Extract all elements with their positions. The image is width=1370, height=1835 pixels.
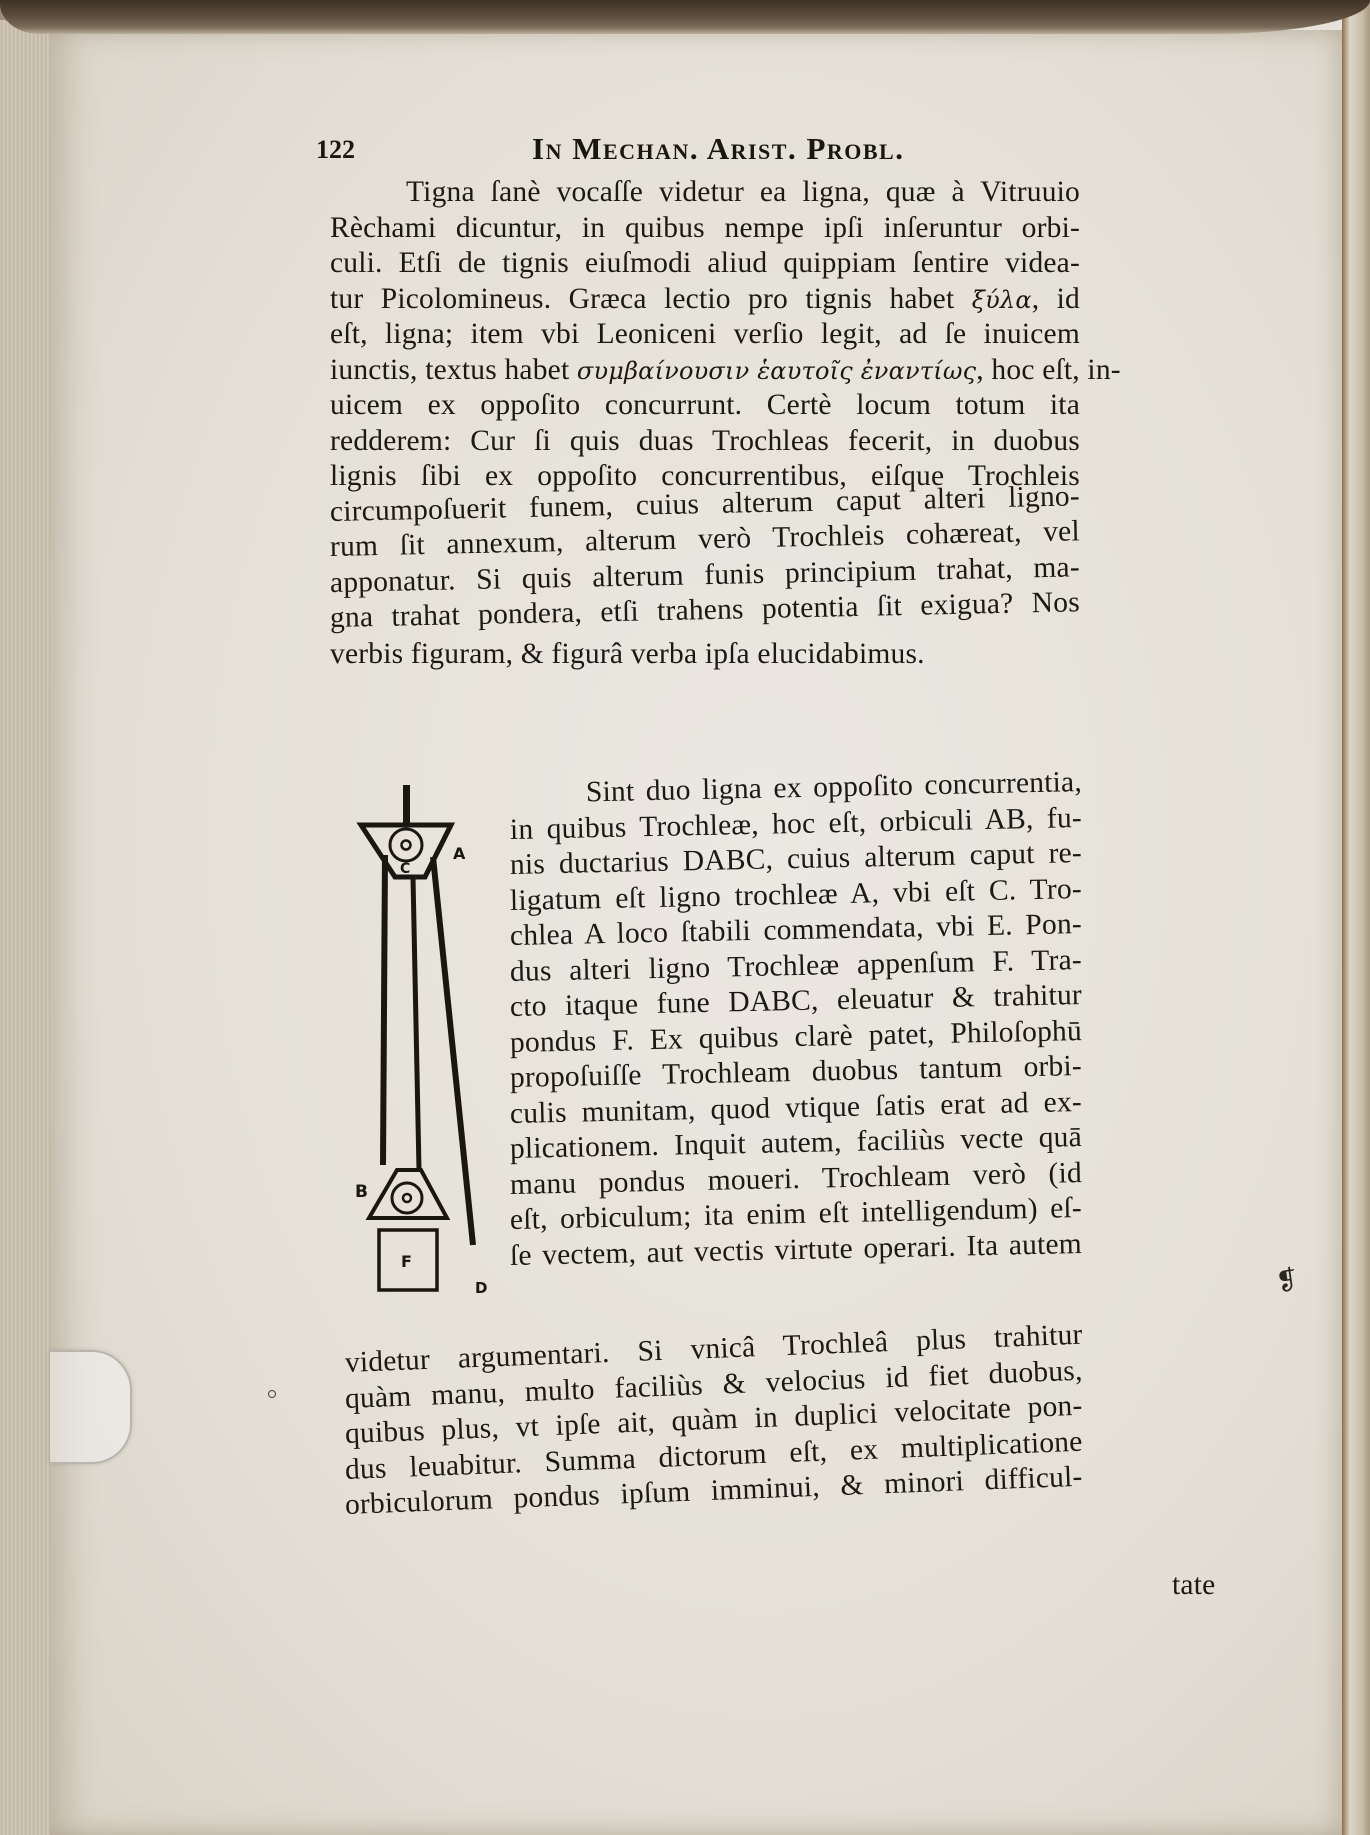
paragraph-1: Tigna ſanè vocaſſe videtur ea ligna, quæ…: [330, 175, 1080, 672]
book-top-edge: [0, 0, 1370, 34]
text-line: Rèchami dicuntur, in quibus nempe ipſi i…: [330, 211, 1080, 247]
paragraph-2: Sint duo ligna ex oppoſito concurrentia,…: [510, 777, 1082, 1274]
label-f: F: [401, 1252, 412, 1271]
rope-middle: [413, 877, 419, 1170]
text-line: Tigna ſanè vocaſſe videtur ea ligna, quæ…: [330, 175, 1080, 211]
paragraph-2-continued: videtur argumentari. Si vnicâ Trochleâ p…: [345, 1346, 1083, 1524]
running-head: 122 In Mechan. Arist. Probl.: [316, 131, 1076, 167]
rope-left: [383, 855, 385, 1165]
label-d: D: [475, 1279, 487, 1297]
text-line: tur Picolomineus. Græca lectio pro tigni…: [330, 282, 1080, 318]
rope-right: [433, 857, 473, 1245]
greek-word: ξύλα: [972, 286, 1032, 314]
book-scan: ❡ 122 In Mechan. Arist. Probl. Tigna ſan…: [0, 0, 1370, 1835]
hook-icon: [403, 785, 410, 825]
page-clip: [50, 1350, 132, 1464]
text-line: verbis figuram, & figurâ verba ipſa eluc…: [330, 637, 1080, 673]
pulley-diagram-svg: C A B F D: [355, 785, 505, 1315]
page-stack-left: [0, 20, 55, 1835]
pulley-diagram: C A B F D: [355, 785, 505, 1315]
text-line: iunctis, textus habet συμβαίνουσιν ἑαυτο…: [330, 353, 1080, 389]
label-b: B: [355, 1182, 368, 1202]
margin-mark: ❡: [1274, 1265, 1300, 1298]
running-head-title: In Mechan. Arist. Probl.: [532, 131, 904, 167]
text-line: redderem: Cur ſi quis duas Trochleas fec…: [330, 424, 1080, 460]
label-c: C: [400, 861, 410, 877]
greek-phrase: συμβαίνουσιν ἑαυτοῖς ἐναντίως: [577, 357, 976, 385]
stray-mark: [268, 1390, 276, 1398]
text-line: culi. Etſi de tignis eiuſmodi aliud quip…: [330, 246, 1080, 282]
catchword: tate: [1172, 1568, 1215, 1604]
text-line: eſt, ligna; item vbi Leoniceni verſio le…: [330, 317, 1080, 353]
label-a: A: [453, 844, 466, 863]
page-number: 122: [316, 135, 355, 165]
page-stack-right: [1342, 0, 1370, 1835]
text-line: uicem ex oppoſito concurrunt. Certè locu…: [330, 388, 1080, 424]
